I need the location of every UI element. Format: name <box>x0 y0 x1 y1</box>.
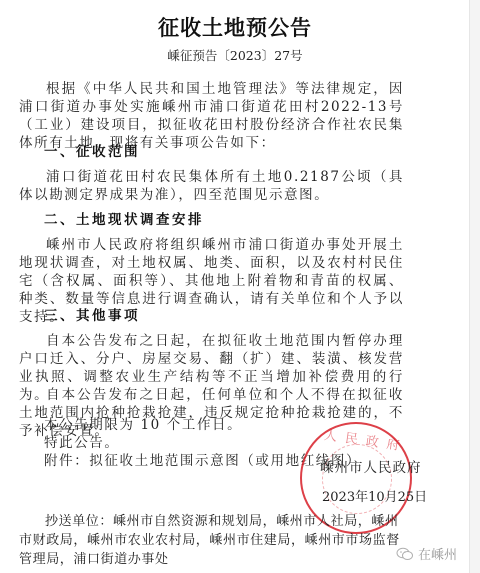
section-heading-2: 二、土地现状调查安排 <box>44 208 204 228</box>
cc-recipients: 抄送单位：嵊州市自然资源和规划局，嵊州市人社局，嵊州市财政局，嵊州市农业农村局，… <box>19 512 404 569</box>
signature-organization: 嵊州市人民政府 <box>320 456 422 476</box>
watermark: 在嵊州 <box>396 544 457 563</box>
document-page: 征收土地预公告 嵊征预告〔2023〕27号 根据《中华人民共和国土地管理法》等法… <box>0 0 470 573</box>
section-body-1: 浦口街道花田村农民集体所有土地0.2187公顷（具体以勘测定界成果为准），四至范… <box>19 168 404 204</box>
notice-period: 本公告期限为 10 个工作日。 <box>44 413 242 433</box>
closing-text: 特此公告。 <box>44 431 120 451</box>
watermark-text: 在嵊州 <box>418 544 457 563</box>
page-edge <box>469 0 480 573</box>
section-heading-3: 三、其他事项 <box>44 304 140 324</box>
signature-date: 2023年10月25日 <box>322 486 427 505</box>
document-number: 嵊征预告〔2023〕27号 <box>0 46 470 64</box>
document-title: 征收土地预公告 <box>0 12 470 42</box>
wechat-icon <box>396 547 414 561</box>
section-heading-1: 一、征收范围 <box>44 140 140 160</box>
